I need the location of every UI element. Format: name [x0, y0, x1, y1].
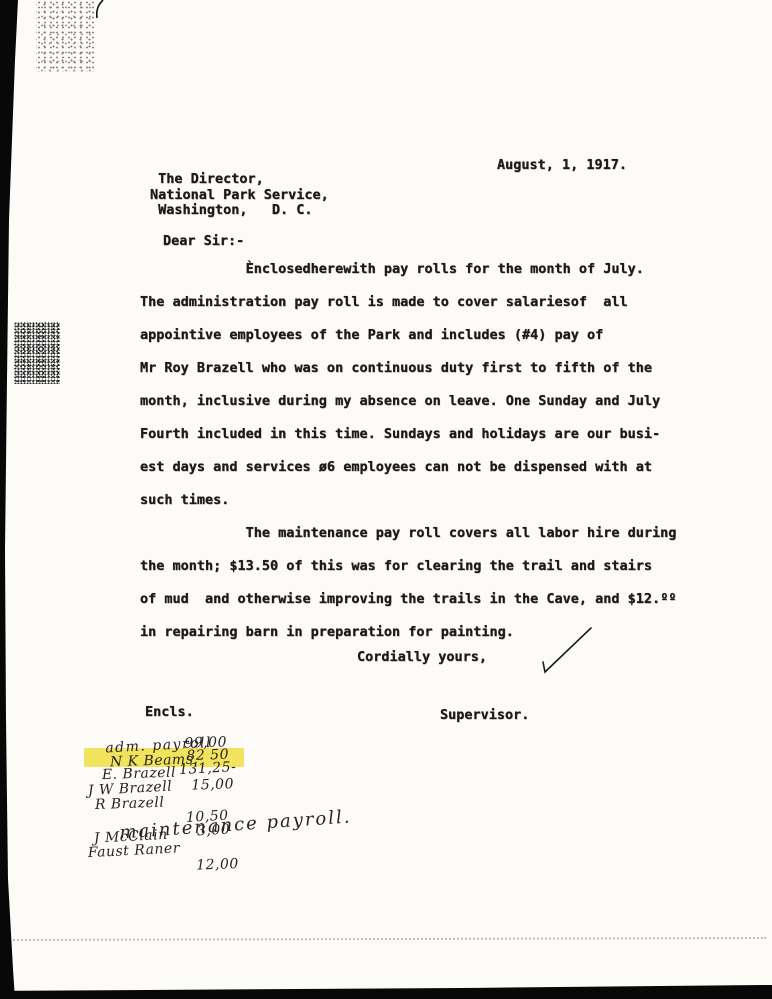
handwritten-name: Faust Raner: [88, 840, 181, 861]
handwritten-amount: 15,00: [191, 776, 234, 793]
scanned-letter-page: { "letter": { "date": "August, 1, 1917."…: [0, 0, 772, 999]
handwritten-amount: 131,25-: [179, 759, 237, 778]
handwritten-amount: 3,00: [197, 822, 231, 840]
valediction: Cordially yours,: [357, 649, 487, 665]
recipient-address: The Director, National Park Service, Was…: [150, 172, 329, 219]
checkmark-annotation: [534, 625, 596, 679]
enclosures-label: Encls.: [145, 704, 194, 720]
signature-title: Supervisor.: [440, 707, 529, 723]
scan-wear-line: [6, 937, 766, 941]
letter-body: Ènclosedherewith pay rolls for the month…: [140, 253, 676, 649]
bottom-edge-scan-artifact: [0, 981, 772, 999]
handwritten-row-final-amount: 12,00: [185, 840, 239, 874]
letter-date: August, 1, 1917.: [497, 157, 627, 173]
salutation: Dear Sir:-: [163, 233, 244, 249]
handwritten-row-faust: Faust Raner 3,00: [77, 824, 181, 877]
scan-noise-block: [14, 322, 60, 384]
scan-noise-topleft: [36, 0, 94, 72]
pen-stroke-mark: [88, 0, 110, 20]
left-edge-scan-artifact: [0, 0, 20, 999]
handwritten-amount: 12,00: [196, 856, 239, 873]
